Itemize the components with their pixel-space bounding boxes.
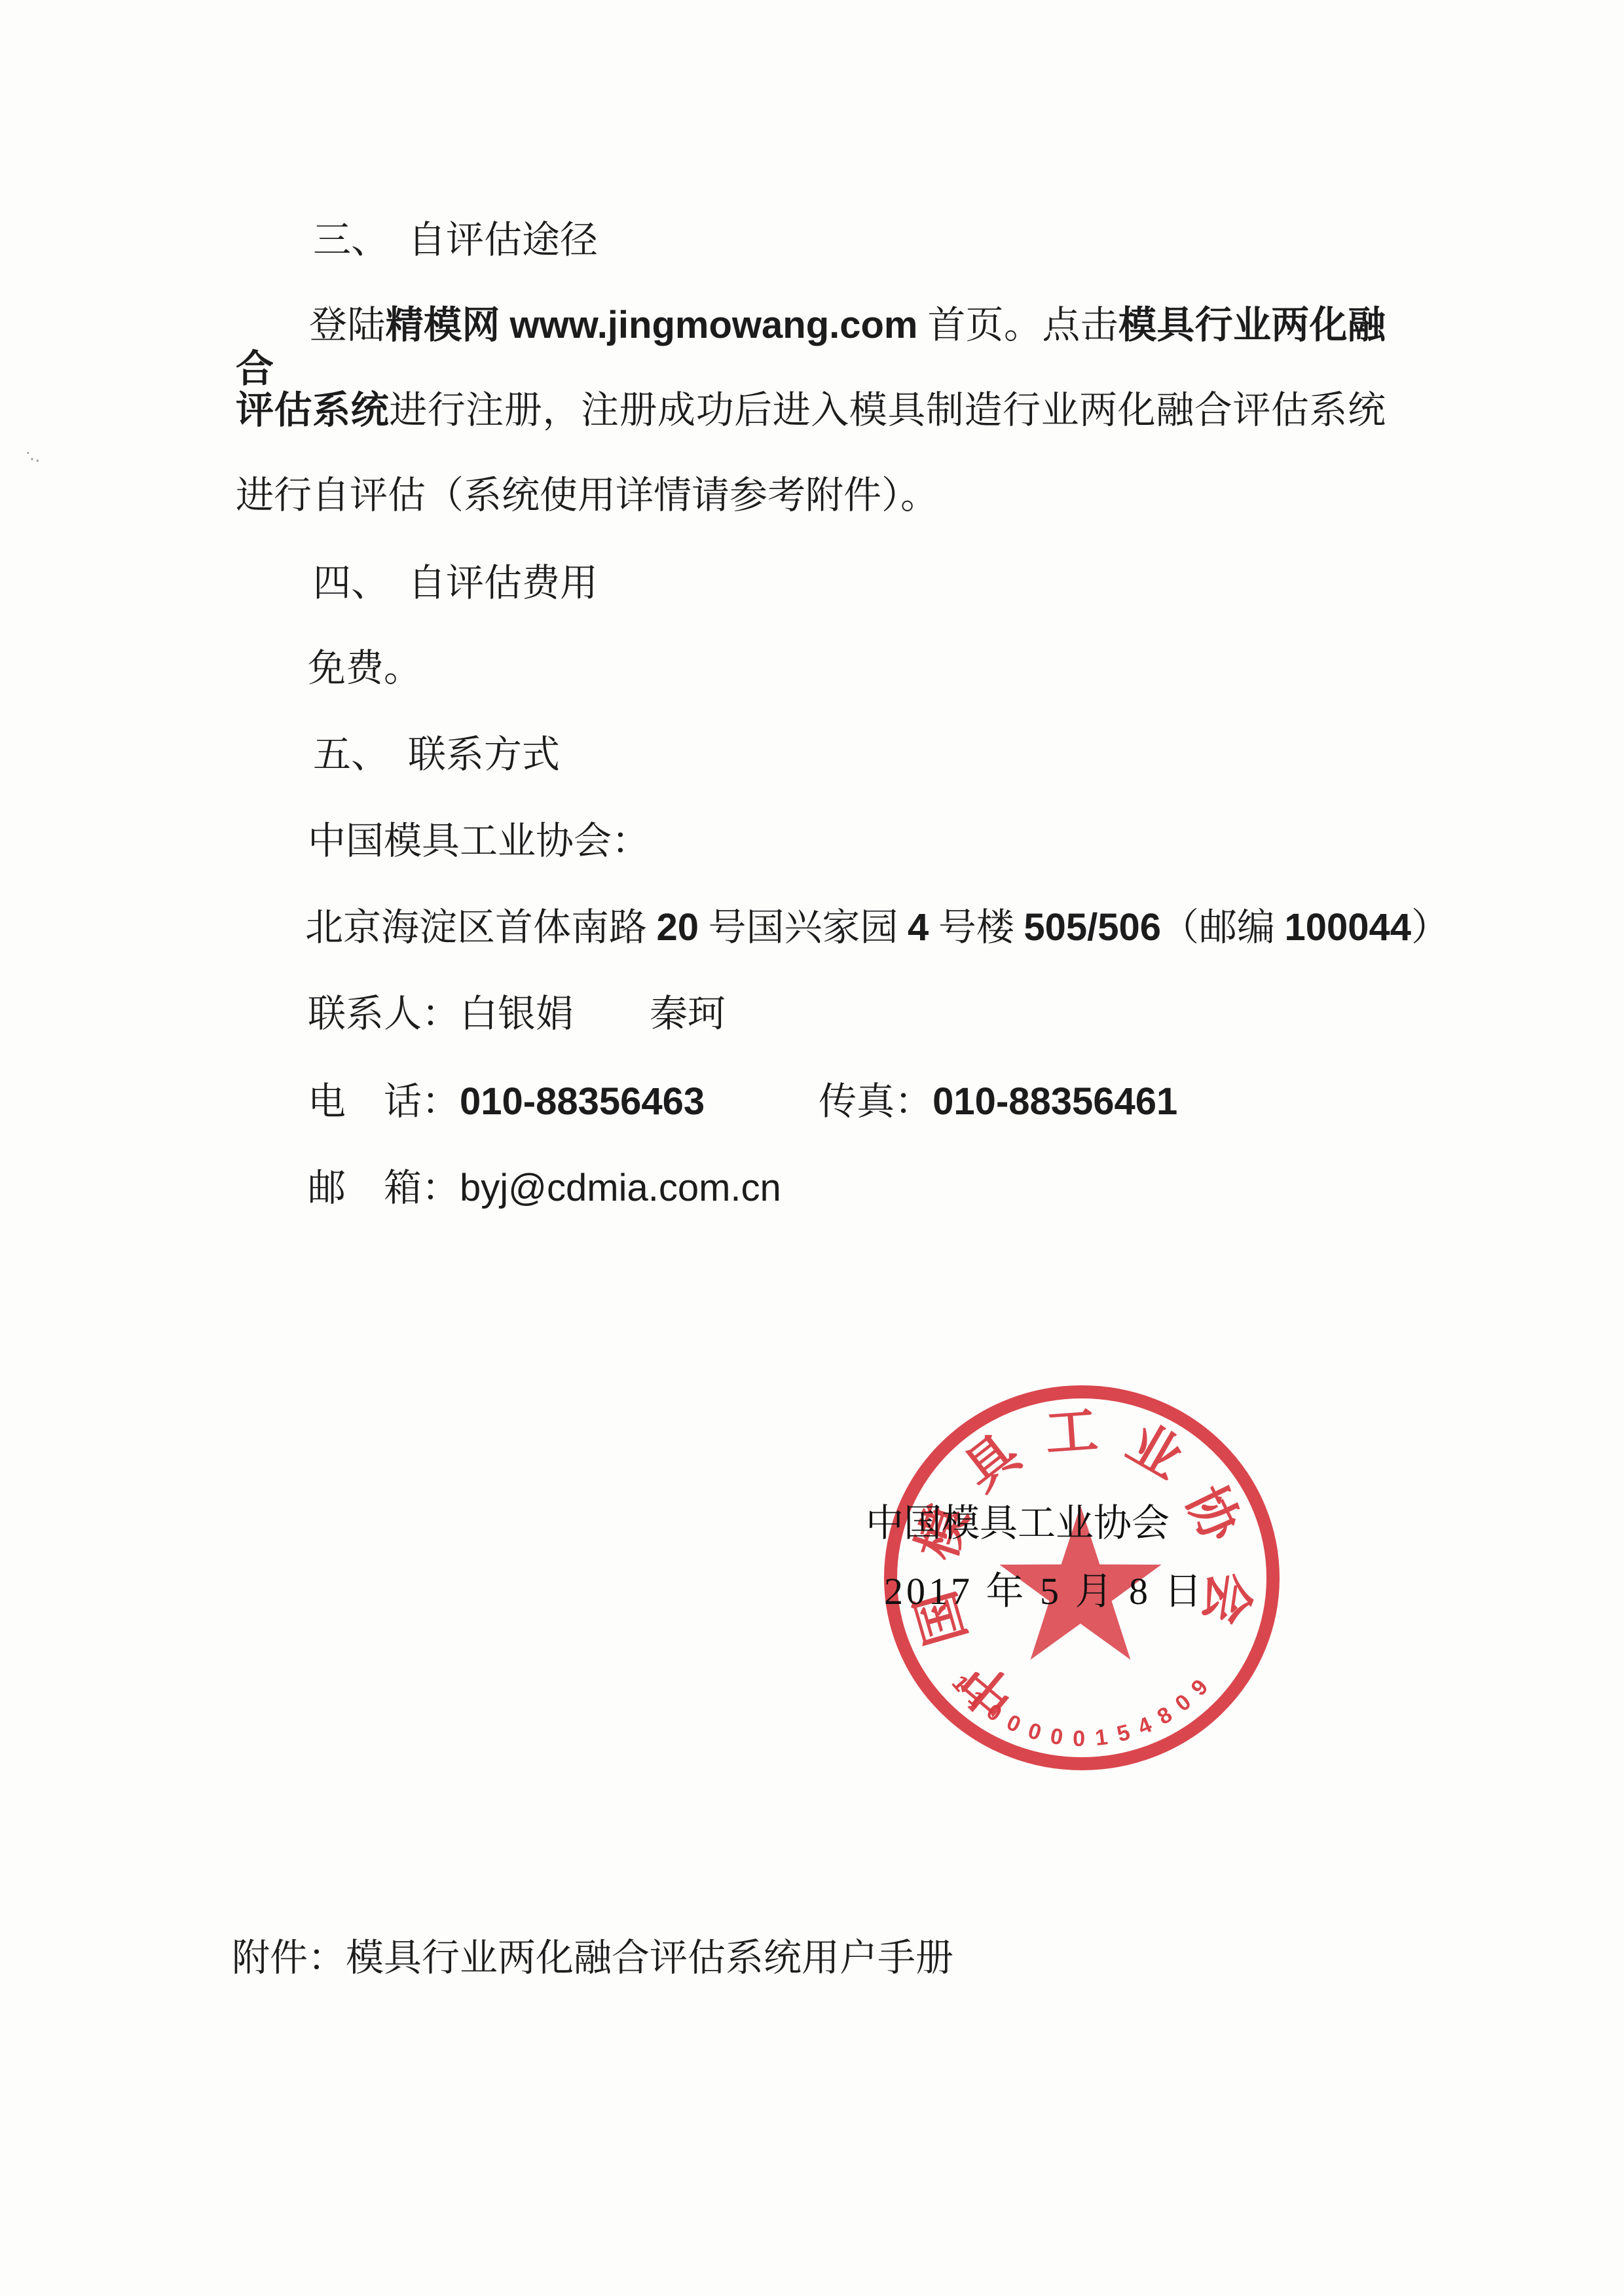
text-run: 北京海淀区首体南路 bbox=[305, 906, 657, 949]
contact-phone-line: 电 话：010-88356463 传真：010-88356461 bbox=[308, 1080, 1177, 1124]
paragraph-line-3: 进行自评估（系统使用详情请参考附件）。 bbox=[236, 474, 938, 518]
text-run: 登陆 bbox=[309, 304, 386, 346]
text-run: ） bbox=[1411, 906, 1449, 949]
paragraph-line-2: 评估系统进行注册，注册成功后进入模具制造行业两化融合评估系统 bbox=[236, 389, 1386, 433]
seal-org-char: 协 bbox=[1175, 1478, 1250, 1552]
seal-serial-digit: 5 bbox=[1115, 1720, 1133, 1747]
phone-label: 电 话： bbox=[308, 1080, 460, 1123]
paragraph-line-1: 登陆精模网 www.jingmowang.com 首页。点击模具行业两化融合 bbox=[236, 304, 1386, 391]
seal-serial-digit: 8 bbox=[1153, 1702, 1177, 1730]
seal-serial-digit: 0 bbox=[1025, 1718, 1044, 1745]
text-run-bold: 评估系统 bbox=[236, 389, 389, 431]
signature-date: 2017 年 5 月 8 日 bbox=[884, 1570, 1206, 1614]
text-run: 号楼 bbox=[929, 906, 1024, 949]
building-number: 4 bbox=[908, 906, 929, 949]
contact-org-line: 中国模具工业协会： bbox=[308, 820, 650, 864]
seal-serial-digit: 0 bbox=[1073, 1726, 1086, 1751]
contact-address-line: 北京海淀区首体南路 20 号国兴家园 4 号楼 505/506（邮编 10004… bbox=[305, 906, 1449, 950]
section5-heading: 五、 联系方式 bbox=[313, 733, 560, 777]
text-run: （邮编 bbox=[1161, 906, 1285, 949]
fee-line: 免费。 bbox=[308, 647, 422, 691]
section3-heading: 三、 自评估途径 bbox=[313, 219, 598, 263]
fax-number: 010-88356461 bbox=[932, 1080, 1177, 1123]
signature-org: 中国模具工业协会 bbox=[866, 1502, 1170, 1546]
text-run: 进行注册，注册成功后进入模具制造行业两化融合评估系统 bbox=[389, 389, 1386, 431]
phone-number: 010-88356463 bbox=[460, 1080, 705, 1123]
seal-serial-digit: 1 bbox=[1094, 1724, 1109, 1751]
seal-org-char: 工 bbox=[1044, 1402, 1100, 1463]
street-number: 20 bbox=[657, 906, 699, 949]
fax-label: 传真： bbox=[705, 1080, 932, 1123]
text-run: 首页。点击 bbox=[918, 304, 1118, 346]
seal-serial-digit: 0 bbox=[1003, 1710, 1024, 1738]
contact-email-line: 邮 箱：byj@cdmia.com.cn bbox=[308, 1167, 781, 1211]
seal-serial-digit: 9 bbox=[1187, 1675, 1213, 1701]
section4-heading: 四、 自评估费用 bbox=[313, 562, 598, 606]
attachment-line: 附件：模具行业两化融合评估系统用户手册 bbox=[232, 1937, 953, 1980]
email-label: 邮 箱： bbox=[308, 1167, 460, 1209]
scan-artifact-speck: ·‥ bbox=[22, 443, 45, 467]
room-number: 505/506 bbox=[1024, 906, 1161, 949]
text-run: 号国兴家园 bbox=[699, 906, 908, 949]
seal-serial-digit: 4 bbox=[1134, 1712, 1155, 1740]
text-run-bold: 精模网 bbox=[386, 304, 510, 346]
scanned-document-page: ·‥ 三、 自评估途径 登陆精模网 www.jingmowang.com 首页。… bbox=[0, 0, 1624, 2296]
seal-serial-digit: 0 bbox=[1048, 1724, 1065, 1750]
postal-code: 100044 bbox=[1285, 906, 1412, 949]
contact-persons-line: 联系人：白银娟 秦珂 bbox=[308, 993, 726, 1036]
seal-serial-digit: 0 bbox=[1171, 1689, 1196, 1716]
website-url: www.jingmowang.com bbox=[510, 304, 918, 346]
email-address: byj@cdmia.com.cn bbox=[460, 1167, 781, 1209]
